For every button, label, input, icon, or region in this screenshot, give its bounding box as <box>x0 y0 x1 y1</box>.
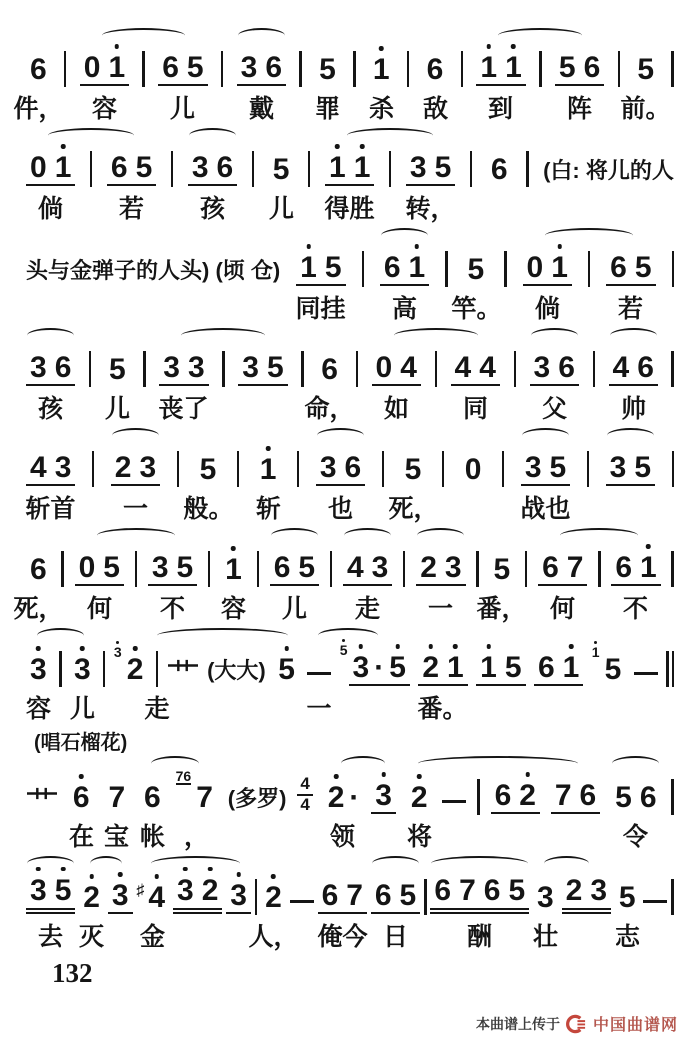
tremolo-mark-icon <box>167 658 199 678</box>
note-digit: 0 <box>75 553 100 583</box>
note-digits: 65 <box>158 53 207 86</box>
notation-line: 43235136503535 <box>26 426 674 488</box>
note-digit: 6 <box>158 53 183 83</box>
note-digit: 6 <box>341 453 366 483</box>
note-digits: 56 <box>555 53 604 86</box>
lyric-text: 俺今 <box>317 917 367 953</box>
note-digit: 1 <box>443 653 468 683</box>
barline <box>539 51 541 87</box>
barline <box>504 251 506 287</box>
note-digit: 1 <box>476 653 501 683</box>
note-cell: 61 <box>380 253 429 288</box>
octave-dot <box>395 644 400 649</box>
inline-text: (大大) <box>207 654 266 685</box>
octave-dot <box>61 144 66 149</box>
note-digits: 11 <box>476 53 525 86</box>
slur-arc <box>97 528 175 543</box>
note-digit: 4 <box>475 353 500 383</box>
lyric-text: 戴 <box>249 89 274 125</box>
note-digit: 5 <box>51 876 76 906</box>
time-signature: 44 <box>297 775 312 814</box>
duration-dash <box>442 800 466 803</box>
inline-text: (白: 将儿的人 <box>543 154 674 185</box>
barline <box>59 651 61 687</box>
note-cell: ♯4 <box>136 883 169 916</box>
lyric-text: 帅 <box>621 389 646 425</box>
note-digit: 5 <box>431 153 456 183</box>
barline <box>461 51 463 87</box>
grace-note: 3 <box>114 641 122 659</box>
lyric-text: 般。 <box>183 489 233 525</box>
note-cell: 32 <box>173 876 222 917</box>
barline <box>255 879 257 915</box>
lyric-text: 阵 <box>567 89 592 125</box>
note-digit: 6 <box>317 355 342 385</box>
note-digit: 3 <box>159 353 184 383</box>
barline <box>362 251 364 287</box>
slur-arc <box>238 28 285 43</box>
octave-dot <box>271 874 276 879</box>
note-digits: 01 <box>523 253 572 286</box>
octave-dot <box>417 774 422 779</box>
note-digit: 3 <box>368 553 393 583</box>
note-digit: 6 <box>51 353 76 383</box>
lyric-text: 件， <box>13 89 63 125</box>
note-cell: 44 <box>451 353 500 388</box>
notation-line: 3332(大大)553·521156115 <box>26 626 674 688</box>
slur-arc <box>48 128 134 143</box>
score-row: 3523♯43232676567653235去灭金人，俺今日酬壮志 <box>26 854 674 948</box>
duration-dash <box>307 672 331 675</box>
lyric-text: 得胜 <box>324 189 374 225</box>
note-digits: 46 <box>609 353 658 386</box>
note-cell: 6 <box>26 55 51 88</box>
barline <box>618 51 620 87</box>
slur-arc <box>610 328 657 343</box>
barline <box>177 451 179 487</box>
note-digits: 7 <box>192 783 217 814</box>
lyric-text: 去 <box>38 917 63 953</box>
note-digit: 3 <box>26 655 51 685</box>
note-digit: 6 <box>538 553 563 583</box>
note-digits: 32 <box>173 876 222 915</box>
note-digit: 3 <box>349 653 374 683</box>
lyric-line: 斩首一般。斩也死，战也 <box>26 488 674 520</box>
note-digits: 4 <box>144 883 169 914</box>
barline <box>672 251 674 287</box>
barline <box>257 551 259 587</box>
note-cell: 04 <box>372 353 421 388</box>
grace-note: 1 <box>592 641 600 659</box>
barline <box>671 879 673 915</box>
note-cell: 32 <box>114 655 147 688</box>
lyric-text: 容 <box>92 89 117 125</box>
octave-dot <box>428 644 433 649</box>
octave-dot <box>557 244 562 249</box>
note-digits: 21 <box>418 653 467 686</box>
note-cell: 46 <box>609 353 658 388</box>
note-cell: 5 <box>401 455 426 488</box>
note-digits: 61 <box>611 553 660 586</box>
note-digit: 0 <box>372 353 397 383</box>
note-digits: 5 <box>401 455 426 486</box>
barline <box>143 351 145 387</box>
note-digit: 6 <box>270 553 295 583</box>
note-digits: 15 <box>296 253 345 286</box>
note-digits: 5 <box>633 55 658 86</box>
note-digit: 0 <box>80 53 105 83</box>
lyric-text: 竿。 <box>451 289 501 325</box>
note-digit: 7 <box>104 783 129 813</box>
barline <box>156 651 158 687</box>
note-cell: 3 <box>371 781 396 816</box>
note-cell: 01 <box>80 53 129 88</box>
note-digits: 33 <box>159 353 208 386</box>
lyric-text: 杀 <box>369 89 394 125</box>
score-row: 601653651611565件，容儿戴罪杀敌到阵前。 <box>26 26 674 120</box>
octave-dot <box>335 144 340 149</box>
barline <box>588 251 590 287</box>
note-digit: 5 <box>321 253 346 283</box>
note-digits: 01 <box>80 53 129 86</box>
notation-line: 头与金弹子的人头) (顷 仓)156150165 <box>26 226 674 288</box>
note-digits: 1 <box>369 55 394 86</box>
note-cell: 62 <box>491 781 540 816</box>
slur-arc <box>560 528 638 543</box>
note-digit: 6 <box>554 353 579 383</box>
grace-note: 76 <box>176 769 192 785</box>
note-cell: 2 <box>407 783 432 816</box>
note-digits: 2 <box>123 655 148 686</box>
note-digit: 6 <box>26 555 51 585</box>
note-cell: 65 <box>158 53 207 88</box>
note-digit: 5 <box>601 655 626 685</box>
note-digits: 36 <box>188 153 237 186</box>
note-digit: 3 <box>188 153 213 183</box>
note-digit: 3 <box>26 876 51 906</box>
note-cell: 56 <box>611 783 660 816</box>
note-digit: 6 <box>491 781 516 811</box>
lyric-text: 走 <box>355 589 380 625</box>
lyric-text: 将 <box>407 817 432 853</box>
note-digit: 6 <box>318 881 343 911</box>
note-digit: 3 <box>406 153 431 183</box>
note-digit: 2 <box>418 653 443 683</box>
lyric-line: 死，何不容儿走一番，何不 <box>26 588 674 620</box>
note-digit: 3 <box>530 353 555 383</box>
slur-arc <box>271 528 318 543</box>
note-digit: 5 <box>99 553 124 583</box>
note-cell: 5 <box>105 355 130 388</box>
barline <box>135 551 137 587</box>
note-digits: 76 <box>551 781 600 814</box>
note-cell: 3 <box>26 655 51 688</box>
lyric-text: 金 <box>140 917 165 953</box>
octave-dot <box>155 874 160 879</box>
note-digit: 6 <box>371 881 396 911</box>
octave-dot <box>379 46 384 51</box>
section-label: (唱石榴花) <box>34 726 127 755</box>
note-digit: 1 <box>501 53 526 83</box>
note-cell: 35 <box>521 453 570 488</box>
barline <box>89 351 91 387</box>
note-cell: 35 <box>148 553 197 588</box>
note-cell: 36 <box>188 153 237 188</box>
note-digit: 1 <box>104 53 129 83</box>
score-row: 3332(大大)553·521156115容儿走一番。 <box>26 626 674 720</box>
note-cell: 6 <box>140 783 165 816</box>
lyric-text: 敌 <box>423 89 448 125</box>
lyric-line: 件，容儿戴罪杀敌到阵前。 <box>26 88 674 120</box>
note-digit: 3 <box>51 453 76 483</box>
note-digit: 5 <box>183 53 208 83</box>
barline <box>142 51 144 87</box>
note-digit: 6 <box>580 53 605 83</box>
note-digits: 5 <box>269 155 294 186</box>
note-digits: 6 <box>26 55 51 86</box>
slur-arc <box>318 628 379 643</box>
note-digits: 5 <box>105 355 130 386</box>
note-digit: 5 <box>615 883 640 913</box>
lyric-text: 领 <box>330 817 355 853</box>
lyric-text: 前。 <box>620 89 670 125</box>
barline <box>221 51 223 87</box>
barline <box>90 151 92 187</box>
note-digit: 5 <box>385 653 410 683</box>
note-digits: 6 <box>317 355 342 386</box>
octave-dot <box>266 446 271 451</box>
barline <box>442 451 444 487</box>
slur-arc <box>37 628 84 643</box>
barline <box>445 251 447 287</box>
note-digit: 3 <box>316 453 341 483</box>
octave-dot <box>36 646 41 651</box>
note-cell: 15 <box>296 253 345 288</box>
slur-arc <box>344 528 391 543</box>
note-digit: 3 <box>26 353 51 383</box>
lyric-text: 也 <box>328 489 353 525</box>
note-digit: 5 <box>401 455 426 485</box>
note-cell: 7 <box>104 783 129 816</box>
note-cell: 767 <box>176 783 217 816</box>
note-digit: 7 <box>192 783 217 813</box>
octave-dot <box>284 646 289 651</box>
note-digit: 6 <box>606 253 631 283</box>
lyric-text: 高 <box>392 289 417 325</box>
lyric-text: 一 <box>123 489 148 525</box>
note-digits: 36 <box>530 353 579 386</box>
score-row: 43235136503535斩首一般。斩也死，战也 <box>26 426 674 520</box>
note-digits: 5 <box>315 55 340 86</box>
note-digit: 3 <box>184 353 209 383</box>
lyric-text: 酬 <box>467 917 492 953</box>
note-digits: 01 <box>26 153 75 186</box>
barline <box>208 551 210 587</box>
slur-arc <box>418 756 578 771</box>
note-digits: 05 <box>75 553 124 586</box>
barline <box>64 51 66 87</box>
lyric-text: 斩首 <box>25 489 75 525</box>
lyric-text: 丧了 <box>158 389 208 425</box>
barline <box>171 151 173 187</box>
lyric-text: 不 <box>160 589 185 625</box>
lyric-text: 儿 <box>269 189 294 225</box>
note-cell: 65 <box>371 881 420 916</box>
note-digit: 6 <box>26 55 51 85</box>
barline <box>403 551 405 587</box>
note-digit: 3 <box>371 781 396 811</box>
note-digits: 04 <box>372 353 421 386</box>
slur-arc <box>347 128 433 143</box>
note-digits: 15 <box>476 653 525 686</box>
inline-text: 头与金弹子的人头) (顷 仓) <box>26 254 280 285</box>
note-cell: 11 <box>476 53 525 88</box>
note-digit: 3 <box>606 453 631 483</box>
note-digits: 65 <box>606 253 655 286</box>
note-cell: 23 <box>416 553 465 588</box>
lyric-text: 走 <box>144 689 169 725</box>
note-digit: 2 <box>123 655 148 685</box>
note-digit: 5 <box>315 55 340 85</box>
slur-arc <box>317 428 364 443</box>
note-digit: 6 <box>534 653 559 683</box>
note-digit: 2 <box>111 453 136 483</box>
octave-dot <box>525 772 530 777</box>
score-row: 60535165432356761死，何不容儿走一番，何不 <box>26 526 674 620</box>
note-digit: · <box>348 783 360 813</box>
barline <box>389 151 391 187</box>
barline <box>525 551 527 587</box>
note-digit: 1 <box>369 55 394 85</box>
lyric-text: 人， <box>248 917 298 953</box>
note-digit: 1 <box>51 153 76 183</box>
note-cell: 35 <box>406 153 455 188</box>
note-digits: 23 <box>111 453 160 486</box>
note-digits: 5 <box>601 655 626 686</box>
note-digit: 2 <box>562 876 587 906</box>
note-digits: 5 <box>196 455 221 486</box>
barline <box>671 551 673 587</box>
lyric-line: 同挂高竿。倘若 <box>26 288 674 320</box>
note-digits: 67 <box>318 881 367 914</box>
slur-arc <box>27 328 74 343</box>
watermark-prefix: 本曲谱上传于 <box>476 1014 560 1034</box>
barline <box>297 451 299 487</box>
note-digits: 35 <box>406 153 455 186</box>
tremolo-mark-icon <box>26 786 58 806</box>
barline <box>593 351 595 387</box>
note-digit: 3 <box>533 883 558 913</box>
note-digit: 5 <box>633 55 658 85</box>
barline <box>671 351 673 387</box>
note-digit: 6 <box>69 783 94 813</box>
note-cell: 3 <box>533 883 558 916</box>
note-digits: 35 <box>148 553 197 586</box>
note-cell: 2 <box>261 883 286 916</box>
note-digits: 2 <box>407 783 432 814</box>
note-cell: 0 <box>461 455 486 488</box>
barline <box>61 551 63 587</box>
lyric-text: 同挂 <box>295 289 345 325</box>
octave-dot <box>115 44 120 49</box>
lyric-text: 儿 <box>105 389 130 425</box>
note-digits: 5 <box>489 555 514 586</box>
note-digit: 4 <box>343 553 368 583</box>
note-cell: 15 <box>476 653 525 688</box>
barline <box>330 551 332 587</box>
barline <box>299 51 301 87</box>
slur-arc <box>612 756 659 771</box>
note-digits: 61 <box>380 253 429 286</box>
note-cell: 5 <box>196 455 221 488</box>
notation-line: 601653651611565 <box>26 26 674 88</box>
note-cell: 1 <box>369 55 394 88</box>
note-cell: 5 <box>269 155 294 188</box>
note-digit: 5 <box>196 455 221 485</box>
note-digit: 0 <box>26 153 51 183</box>
lyric-text: 倘 <box>535 289 560 325</box>
barline <box>356 351 358 387</box>
note-cell: 21 <box>418 653 467 688</box>
lyric-line: 去灭金人，俺今日酬壮志 <box>26 916 674 948</box>
note-digit: 3 <box>237 53 262 83</box>
note-digits: 6 <box>140 783 165 814</box>
lyric-text: 儿 <box>170 89 195 125</box>
notation-line: 3653335604443646 <box>26 326 674 388</box>
note-digit: 2 <box>324 783 349 813</box>
note-cell: 6 <box>487 155 512 188</box>
note-digits: 36 <box>26 353 75 386</box>
lyric-text: 儿 <box>282 589 307 625</box>
barline <box>103 651 105 687</box>
score-row: 头与金弹子的人头) (顷 仓)156150165同挂高竿。倘若 <box>26 226 674 320</box>
double-barline <box>666 651 674 687</box>
note-cell: 5 <box>315 55 340 88</box>
note-digit: 7 <box>551 781 576 811</box>
note-cell: 36 <box>530 353 579 388</box>
note-cell: 65 <box>270 553 319 588</box>
note-cell: 35 <box>238 353 287 388</box>
note-digits: 35 <box>521 453 570 486</box>
note-digit: 5 <box>555 53 580 83</box>
octave-dot <box>359 644 364 649</box>
slur-arc <box>607 428 654 443</box>
slur-arc <box>181 328 265 343</box>
note-digits: 36 <box>237 53 286 86</box>
note-digits: 1 <box>256 455 281 486</box>
note-digits: 2 <box>261 883 286 914</box>
lyric-text: 令 <box>623 817 648 853</box>
lyric-text: 何 <box>550 589 575 625</box>
lyric-text: 何 <box>87 589 112 625</box>
lyric-text: 转， <box>405 189 455 225</box>
note-digits: 36 <box>316 453 365 486</box>
barline <box>237 451 239 487</box>
octave-dot <box>306 244 311 249</box>
note-digit: 5 <box>631 253 656 283</box>
note-digit: 5 <box>274 655 299 685</box>
octave-dot <box>79 774 84 779</box>
barline <box>424 879 426 915</box>
note-digit: 0 <box>461 455 486 485</box>
note-digit: 1 <box>325 153 350 183</box>
lyric-line: 孩儿丧了命，如同父帅 <box>26 388 674 420</box>
note-digits: 2· <box>324 783 361 814</box>
note-digit: 5 <box>173 553 198 583</box>
octave-dot <box>89 874 94 879</box>
note-digit: 3 <box>238 353 263 383</box>
note-cell: 5 <box>615 883 640 916</box>
